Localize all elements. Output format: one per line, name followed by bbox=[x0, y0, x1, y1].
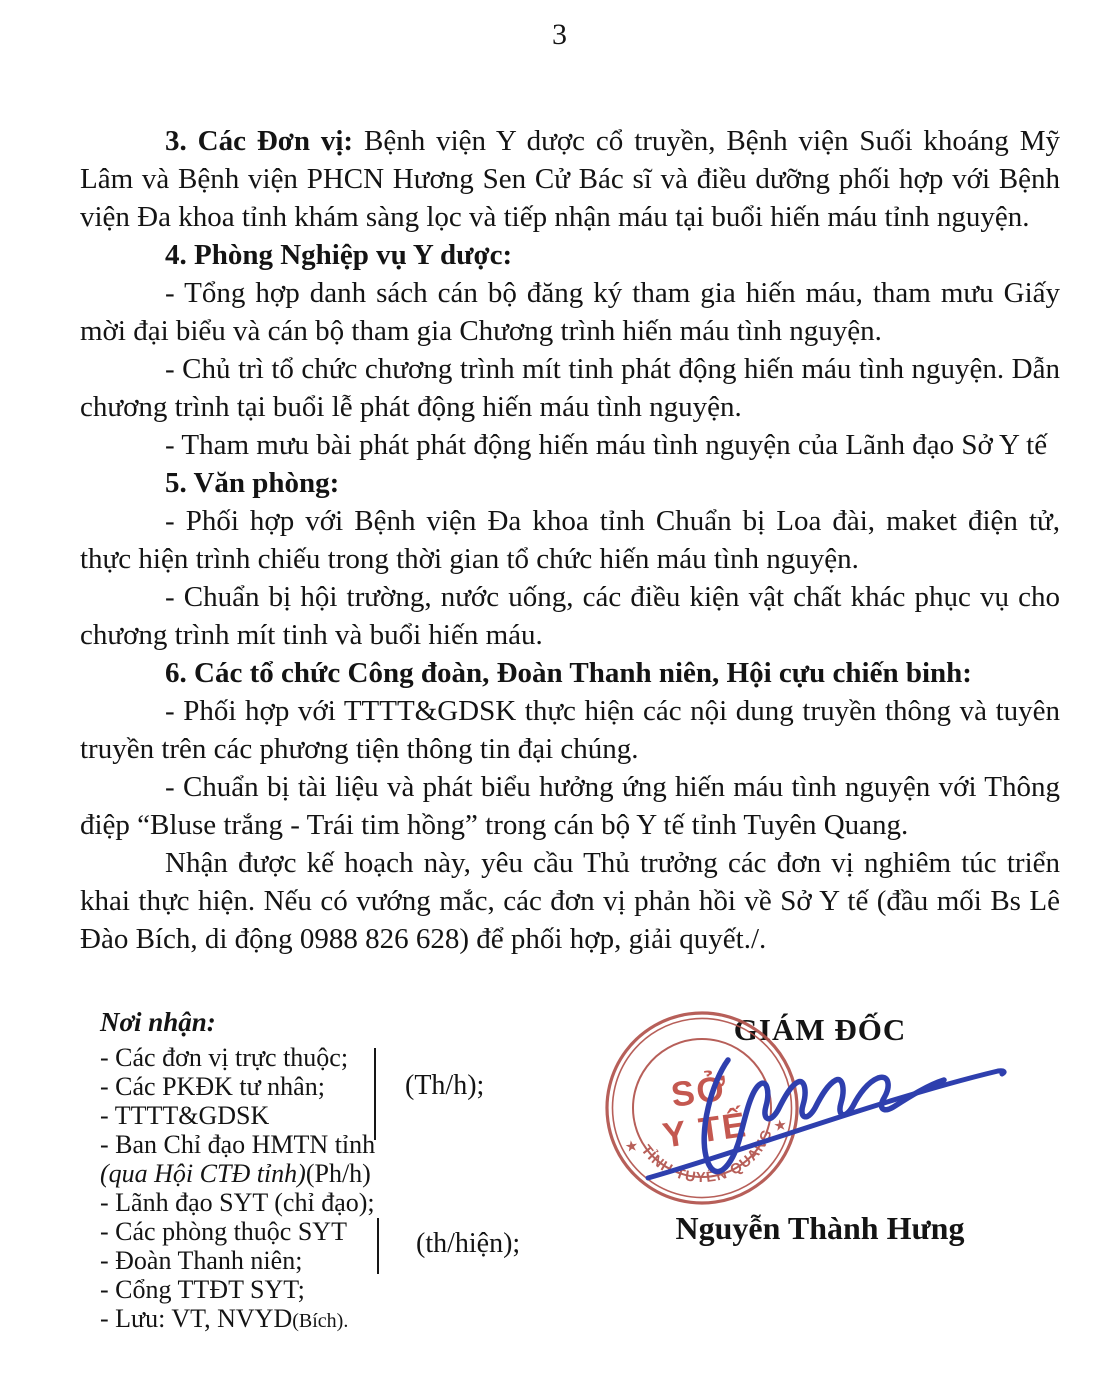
signer-name: Nguyễn Thành Hưng bbox=[640, 1210, 1000, 1247]
recipient-item: - Các phòng thuộc SYT bbox=[100, 1217, 430, 1246]
section-5-item-2: - Chuẩn bị hội trường, nước uống, các đi… bbox=[80, 578, 1060, 654]
recipients-label: Nơi nhận: bbox=[100, 1008, 430, 1037]
page-number: 3 bbox=[0, 18, 1119, 52]
recipients-group-bracket-2 bbox=[377, 1218, 379, 1274]
luu-note: (Bích). bbox=[292, 1310, 348, 1332]
recipient-italic-suffix: (Ph/h) bbox=[306, 1159, 371, 1188]
recipient-item: - TTTT&GDSK bbox=[100, 1101, 430, 1130]
recipient-item: - Các đơn vị trực thuộc; bbox=[100, 1043, 430, 1072]
recipients-block: Nơi nhận: - Các đơn vị trực thuộc; - Các… bbox=[100, 1008, 430, 1336]
recipient-italic: (qua Hội CTĐ tỉnh) bbox=[100, 1159, 306, 1188]
section-6-item-1: - Phối hợp với TTTT&GDSK thực hiện các n… bbox=[80, 692, 1060, 768]
section-4-item-3: - Tham mưu bài phát phát động hiến máu t… bbox=[80, 426, 1060, 464]
section-4-item-2: - Chủ trì tổ chức chương trình mít tinh … bbox=[80, 350, 1060, 426]
document-page: 3 3. Các Đơn vị: Bệnh viện Y dược cổ tru… bbox=[0, 0, 1119, 1375]
recipient-item: - Ban Chỉ đạo HMTN tỉnh bbox=[100, 1130, 430, 1159]
recipient-item: - Đoàn Thanh niên; bbox=[100, 1246, 430, 1275]
section-6-item-2: - Chuẩn bị tài liệu và phát biểu hưởng ứ… bbox=[80, 768, 1060, 844]
section-3-paragraph: 3. Các Đơn vị: Bệnh viện Y dược cổ truyề… bbox=[80, 122, 1060, 236]
recipient-item: - Lãnh đạo SYT (chỉ đạo); bbox=[100, 1188, 430, 1217]
luu-text: - Lưu: VT, NVYD bbox=[100, 1304, 292, 1333]
recipient-item-luu: - Lưu: VT, NVYD(Bích). bbox=[100, 1304, 430, 1336]
recipients-group-note-2: (th/hiện); bbox=[416, 1228, 520, 1260]
section-3-lead: 3. Các Đơn vị: bbox=[165, 125, 353, 157]
section-5-heading: 5. Văn phòng: bbox=[80, 464, 1060, 502]
recipient-item: - Các PKĐK tư nhân; bbox=[100, 1072, 430, 1101]
recipient-item: - Cổng TTĐT SYT; bbox=[100, 1275, 430, 1304]
document-body: 3. Các Đơn vị: Bệnh viện Y dược cổ truyề… bbox=[80, 122, 1060, 958]
recipients-group-note-1: (Th/h); bbox=[405, 1070, 484, 1102]
section-4-heading: 4. Phòng Nghiệp vụ Y dược: bbox=[80, 236, 1060, 274]
section-4-item-1: - Tổng hợp danh sách cán bộ đăng ký tham… bbox=[80, 274, 1060, 350]
signature-scribble-stroke bbox=[704, 1060, 944, 1172]
closing-paragraph: Nhận được kế hoạch này, yêu cầu Thủ trưở… bbox=[80, 844, 1060, 958]
section-5-item-1: - Phối hợp với Bệnh viện Đa khoa tỉnh Ch… bbox=[80, 502, 1060, 578]
recipient-item-note: (qua Hội CTĐ tỉnh)(Ph/h) bbox=[100, 1159, 430, 1188]
section-6-heading: 6. Các tổ chức Công đoàn, Đoàn Thanh niê… bbox=[80, 654, 1060, 692]
handwritten-signature bbox=[630, 1040, 1020, 1190]
recipients-group-bracket-1 bbox=[374, 1048, 376, 1140]
